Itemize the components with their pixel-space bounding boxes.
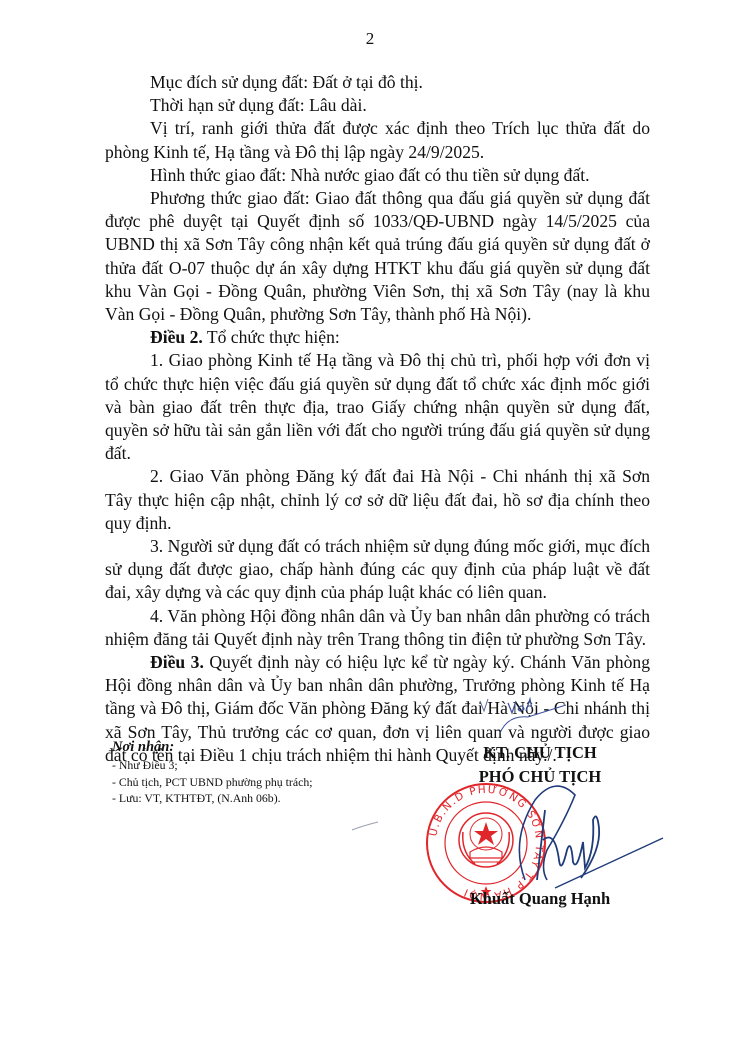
allocation-method: Phương thức giao đất: Giao đất thông qua… xyxy=(105,187,650,326)
article-2-item-3: 3. Người sử dụng đất có trách nhiệm sử d… xyxy=(105,535,650,605)
page-number: 2 xyxy=(0,27,740,50)
article-2-heading: Điều 2. Tổ chức thực hiện: xyxy=(105,326,650,349)
article-2-item-2: 2. Giao Văn phòng Đăng ký đất đai Hà Nội… xyxy=(105,465,650,535)
initials-signature xyxy=(478,695,568,735)
article-3-label: Điều 3. xyxy=(150,652,204,672)
document-page: 2 Mục đích sử dụng đất: Đất ở tại đô thị… xyxy=(0,0,740,1046)
article-2-item-4: 4. Văn phòng Hội đồng nhân dân và Ủy ban… xyxy=(105,605,650,651)
allocation-form: Hình thức giao đất: Nhà nước giao đất có… xyxy=(105,164,650,187)
article-2-title: Tổ chức thực hiện: xyxy=(203,327,340,347)
recipient-item: - Như Điều 3; xyxy=(112,757,392,774)
land-use-term: Thời hạn sử dụng đất: Lâu dài. xyxy=(105,94,650,117)
signature-block: KT. CHỦ TỊCH PHÓ CHỦ TỊCH Khuất Quang Hạ… xyxy=(420,741,660,789)
signer-title-line-2: PHÓ CHỦ TỊCH xyxy=(420,765,660,789)
recipient-item: - Chủ tịch, PCT UBND phường phụ trách; xyxy=(112,774,392,791)
recipients-title: Nơi nhận: xyxy=(112,738,392,757)
land-location: Vị trí, ranh giới thửa đất được xác định… xyxy=(105,117,650,163)
land-use-purpose: Mục đích sử dụng đất: Đất ở tại đô thị. xyxy=(105,71,650,94)
signer-title-line-1: KT. CHỦ TỊCH xyxy=(420,741,660,765)
handwritten-signature xyxy=(515,780,665,900)
article-2-item-1: 1. Giao phòng Kinh tế Hạ tầng và Đô thị … xyxy=(105,349,650,465)
signer-name: Khuất Quang Hạnh xyxy=(420,887,660,910)
recipients-block: Nơi nhận: - Như Điều 3; - Chủ tịch, PCT … xyxy=(112,738,392,807)
check-mark-icon xyxy=(350,820,380,832)
article-2-label: Điều 2. xyxy=(150,327,203,347)
document-body: Mục đích sử dụng đất: Đất ở tại đô thị. … xyxy=(105,71,650,767)
recipient-item: - Lưu: VT, KTHTĐT, (N.Anh 06b). xyxy=(112,790,392,807)
national-emblem-icon xyxy=(459,813,513,867)
